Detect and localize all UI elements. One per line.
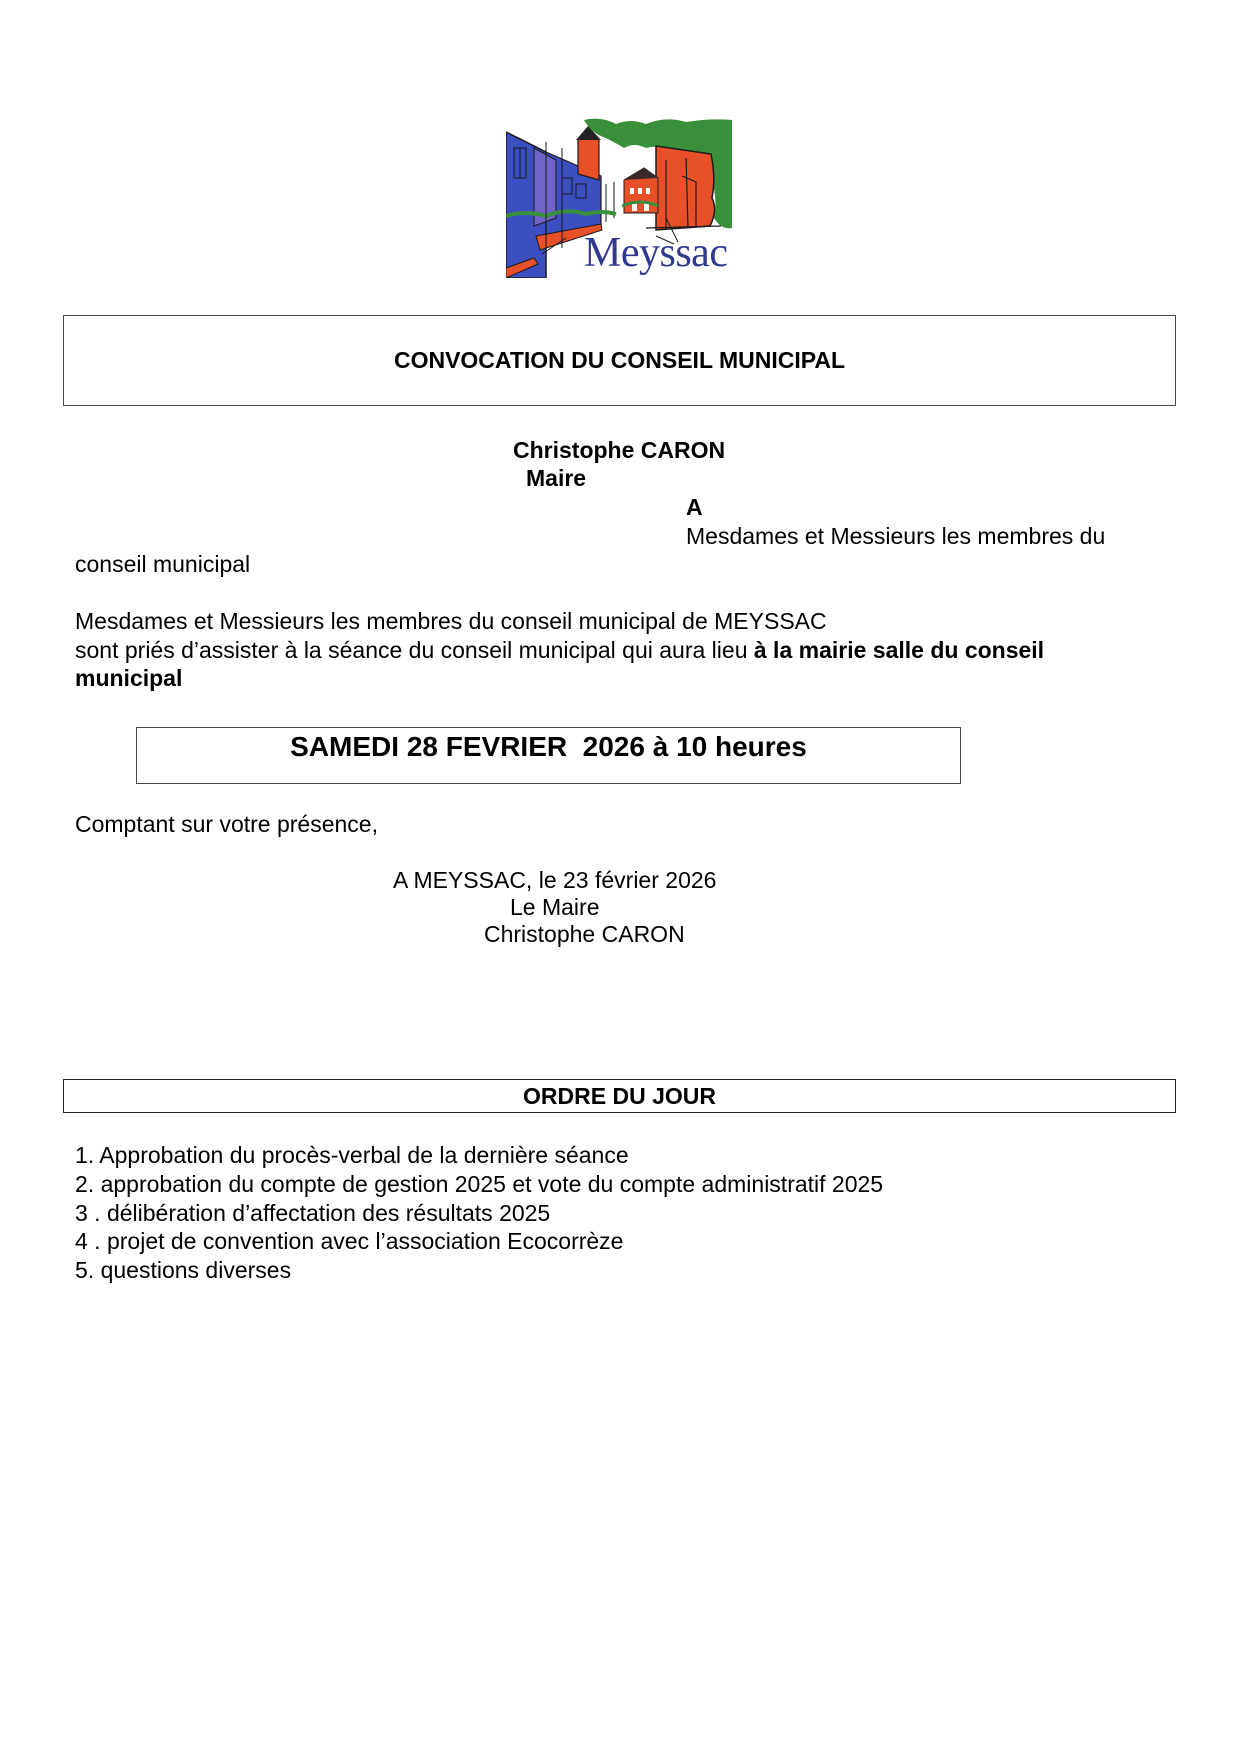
agenda-title-box: ORDRE DU JOUR — [63, 1079, 1176, 1113]
meeting-date-box: SAMEDI 28 FEVRIER 2026 à 10 heures — [136, 727, 961, 784]
meeting-location: à la mairie salle du conseil — [754, 637, 1044, 663]
recipient-line-2: conseil municipal — [75, 550, 250, 578]
document-title: CONVOCATION DU CONSEIL MUNICIPAL — [394, 347, 845, 374]
title-box: CONVOCATION DU CONSEIL MUNICIPAL — [63, 315, 1176, 406]
closing-line: Comptant sur votre présence, — [75, 810, 378, 838]
signature-name: Christophe CARON — [484, 920, 685, 948]
signature-place-date: A MEYSSAC, le 23 février 2026 — [393, 866, 716, 894]
body-line-2-text: sont priés d’assister à la séance du con… — [75, 637, 754, 663]
recipient-line-1: Mesdames et Messieurs les membres du — [686, 522, 1105, 550]
agenda-list: 1. Approbation du procès-verbal de la de… — [75, 1141, 883, 1285]
recipient-prefix: A — [686, 493, 703, 521]
agenda-item: 4 . projet de convention avec l’associat… — [75, 1227, 883, 1256]
sender-name: Christophe CARON — [513, 436, 725, 464]
agenda-item: 5. questions diverses — [75, 1256, 883, 1285]
signature-role: Le Maire — [510, 893, 599, 921]
agenda-item: 3 . délibération d’affectation des résul… — [75, 1199, 883, 1228]
agenda-item: 2. approbation du compte de gestion 2025… — [75, 1170, 883, 1199]
body-line-3: municipal — [75, 664, 182, 692]
body-line-1: Mesdames et Messieurs les membres du con… — [75, 607, 827, 635]
meeting-datetime: SAMEDI 28 FEVRIER 2026 à 10 heures — [290, 730, 807, 764]
agenda-title: ORDRE DU JOUR — [523, 1082, 716, 1110]
sender-role: Maire — [526, 464, 586, 492]
logo-wordmark: Meyssac — [584, 231, 727, 275]
agenda-item: 1. Approbation du procès-verbal de la de… — [75, 1141, 883, 1170]
meyssac-logo: Meyssac — [506, 118, 732, 278]
body-line-2: sont priés d’assister à la séance du con… — [75, 636, 1044, 664]
